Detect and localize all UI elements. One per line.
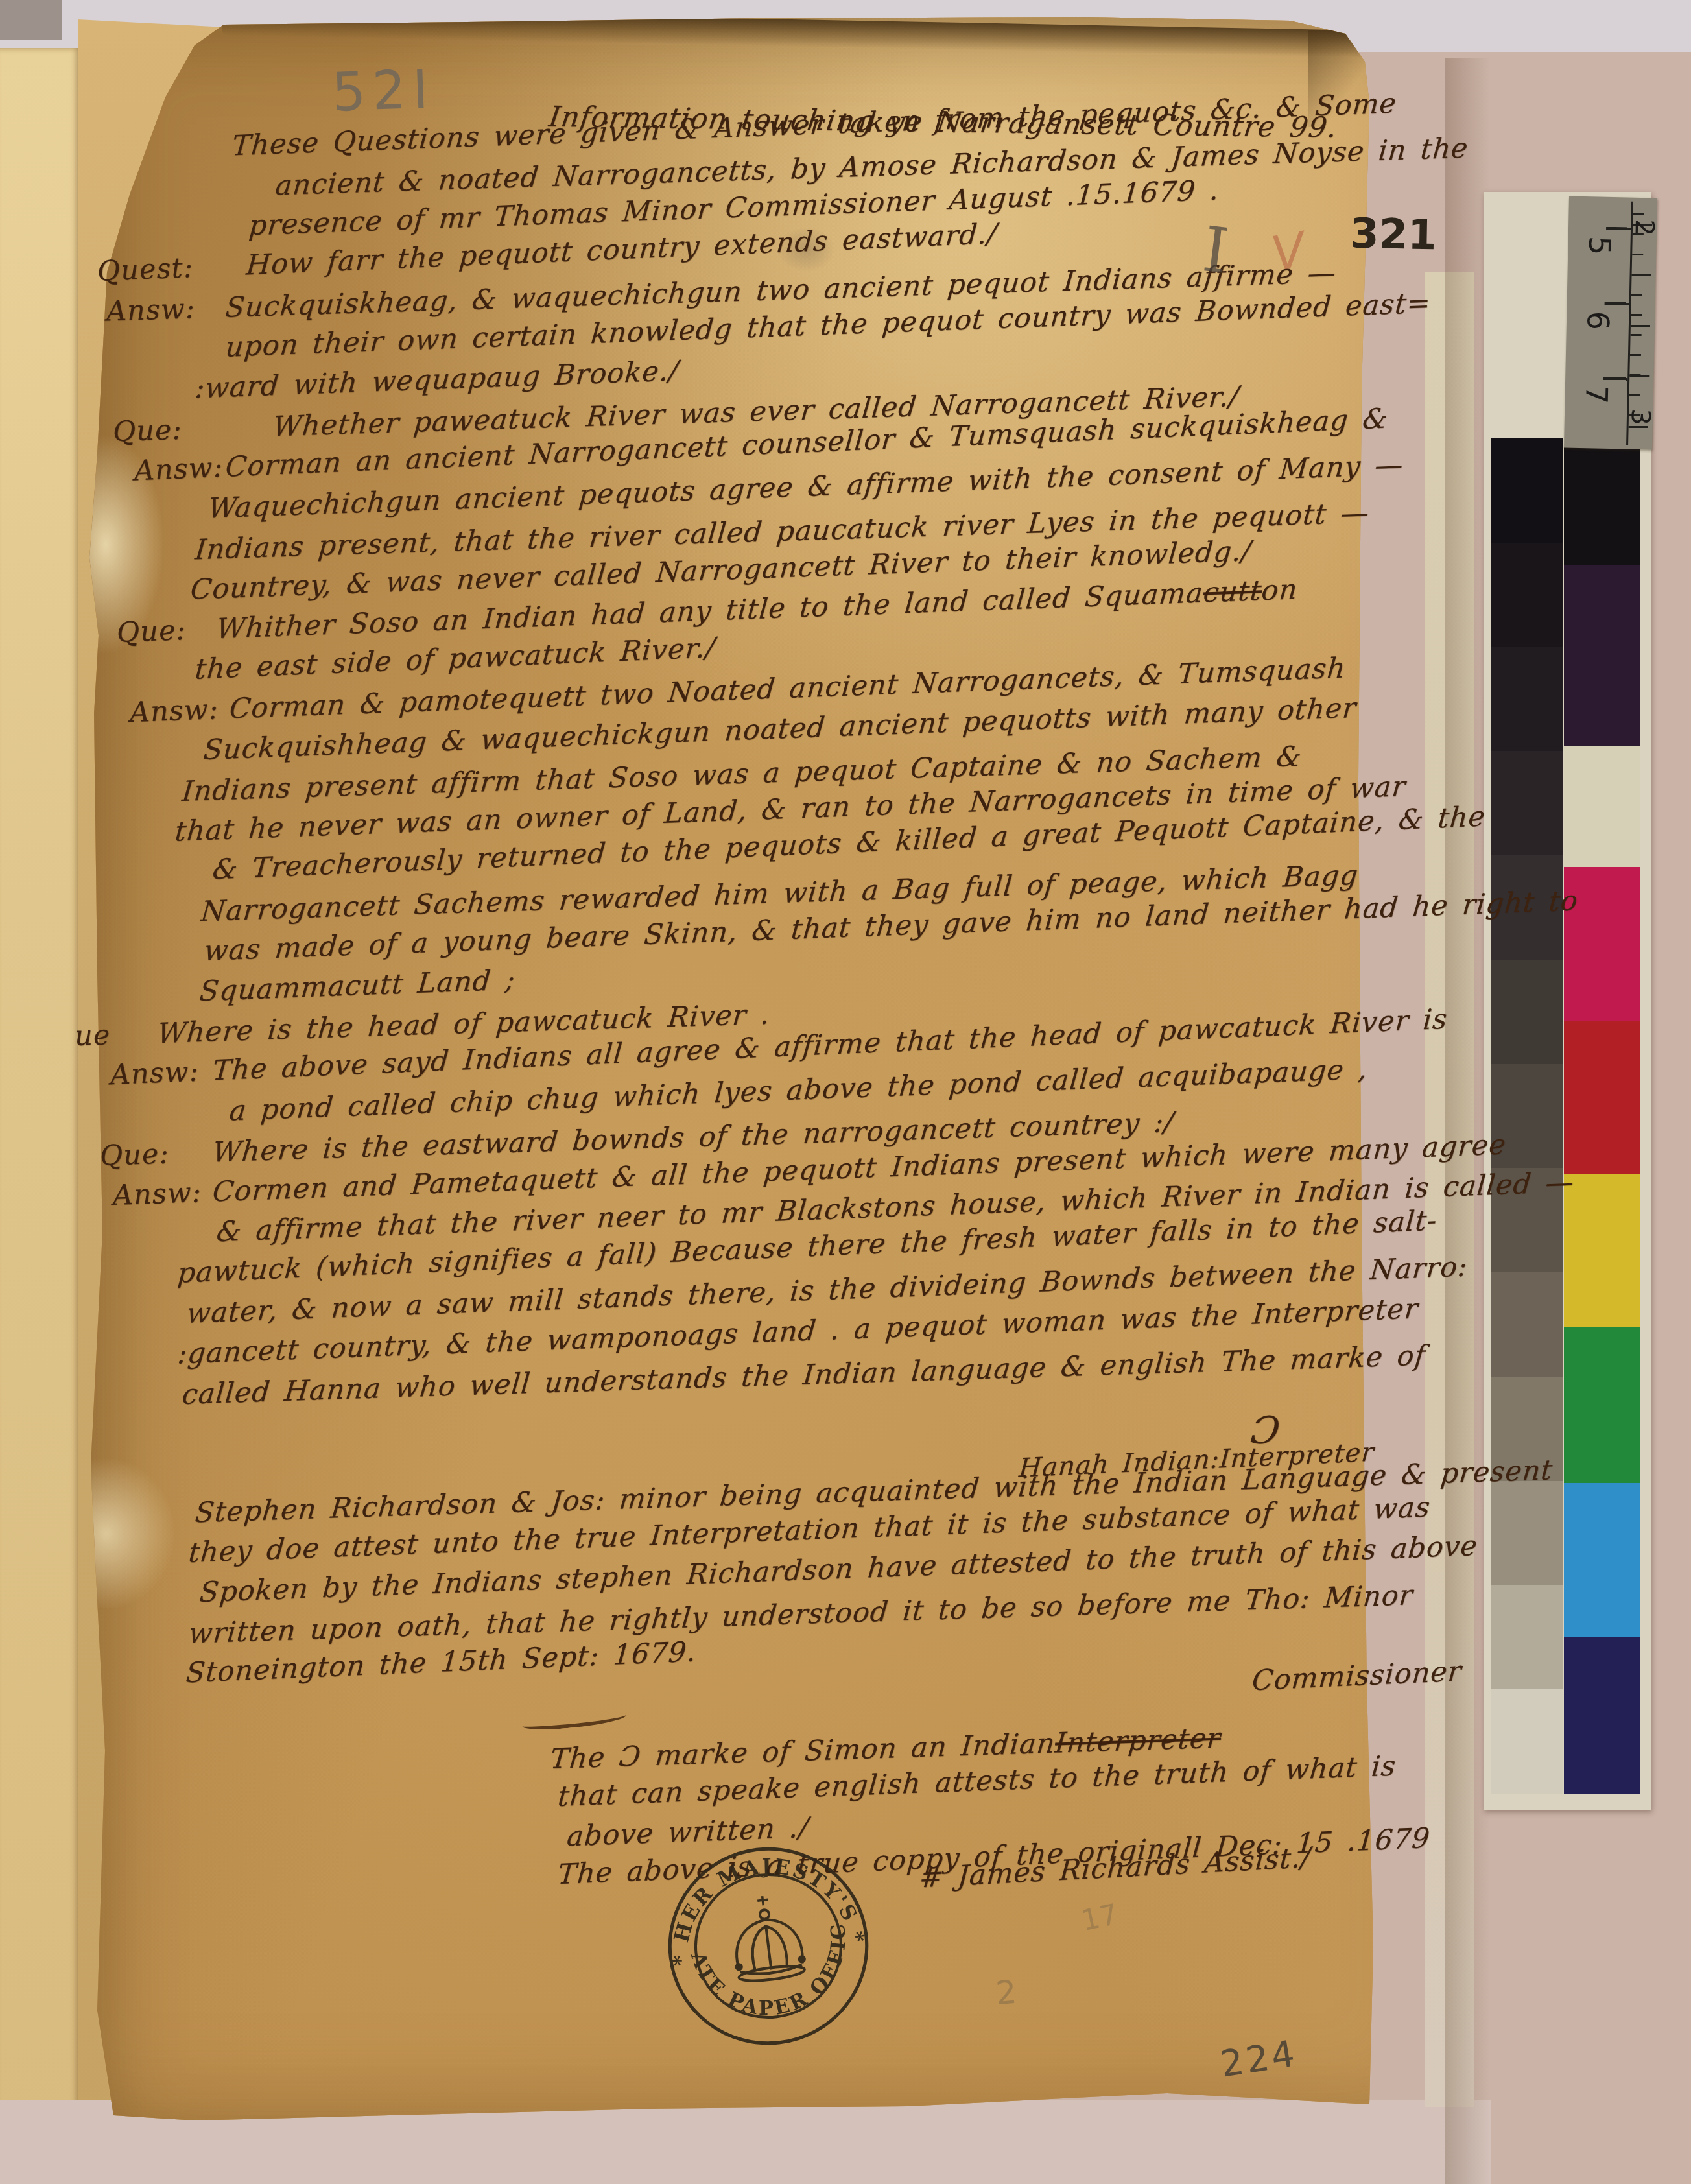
margin-label: Que: <box>116 610 187 653</box>
ruler: 56723 <box>1564 196 1657 450</box>
grayscale-step <box>1491 647 1563 752</box>
ruler-cm-number: 6 <box>1583 311 1613 330</box>
calibration-patch-yellow <box>1564 1174 1640 1327</box>
pencil-folio-521: 52I <box>331 63 436 119</box>
margin-label: Answ: <box>110 1051 200 1095</box>
calibration-patch-azure <box>1564 1483 1640 1637</box>
margin-label: Quest: <box>97 248 195 292</box>
grayscale-step <box>1491 1585 1563 1689</box>
grayscale-step <box>1491 960 1563 1064</box>
margin-label: ue <box>74 1015 111 1056</box>
ruler-inch-number: 3 <box>1627 409 1653 425</box>
grayscale-step <box>1491 1689 1563 1794</box>
pencil-faint-mark: 17 <box>1079 1901 1120 1936</box>
ruler-cm-number: 7 <box>1581 385 1612 404</box>
color-patch-column <box>1564 446 1640 1794</box>
calibration-patch-green <box>1564 1327 1640 1483</box>
calibration-patch-black <box>1564 446 1640 565</box>
photo-canvas: { "document": { "stamp": { "arc_top": "*… <box>0 0 1691 2184</box>
grayscale-step <box>1491 1481 1563 1585</box>
margin-label: Que: <box>112 410 183 452</box>
grayscale-step <box>1491 751 1563 855</box>
manuscript-lines: Information touching ye Narragansett Cou… <box>97 91 1465 2036</box>
grayscale-step <box>1491 1272 1563 1377</box>
ink-folio-321: 321 <box>1349 213 1437 256</box>
grayscale-step <box>1491 438 1563 543</box>
state-paper-office-stamp: * HER MAJESTY'S * STATE PAPER OFFICE <box>650 1828 886 2063</box>
grayscale-column <box>1491 438 1563 1794</box>
margin-label: Que: <box>99 1134 170 1176</box>
margin-label: Answ: <box>134 447 224 492</box>
calibration-patch-cream <box>1564 746 1640 867</box>
adjacent-page-edge <box>0 48 82 2184</box>
corner-shadow <box>0 0 62 40</box>
ruler-inch-number: 2 <box>1631 219 1658 236</box>
ruler-inch-ticks <box>1628 224 1652 438</box>
ruler-cm-number: 5 <box>1585 236 1615 255</box>
margin-label: Answ: <box>106 289 196 331</box>
pencil-faint-2: 2 <box>995 1976 1018 2010</box>
manuscript-line-text: Commissioner <box>1251 1651 1463 1701</box>
margin-label: Answ: <box>112 1172 202 1216</box>
margin-label: Answ: <box>129 689 219 733</box>
calibration-patch-navy <box>1564 1637 1640 1794</box>
calibration-patch-plum-black <box>1564 565 1640 746</box>
calibration-patch-red <box>1564 1021 1640 1174</box>
grayscale-step <box>1491 543 1563 647</box>
crown-icon <box>728 1892 807 1984</box>
